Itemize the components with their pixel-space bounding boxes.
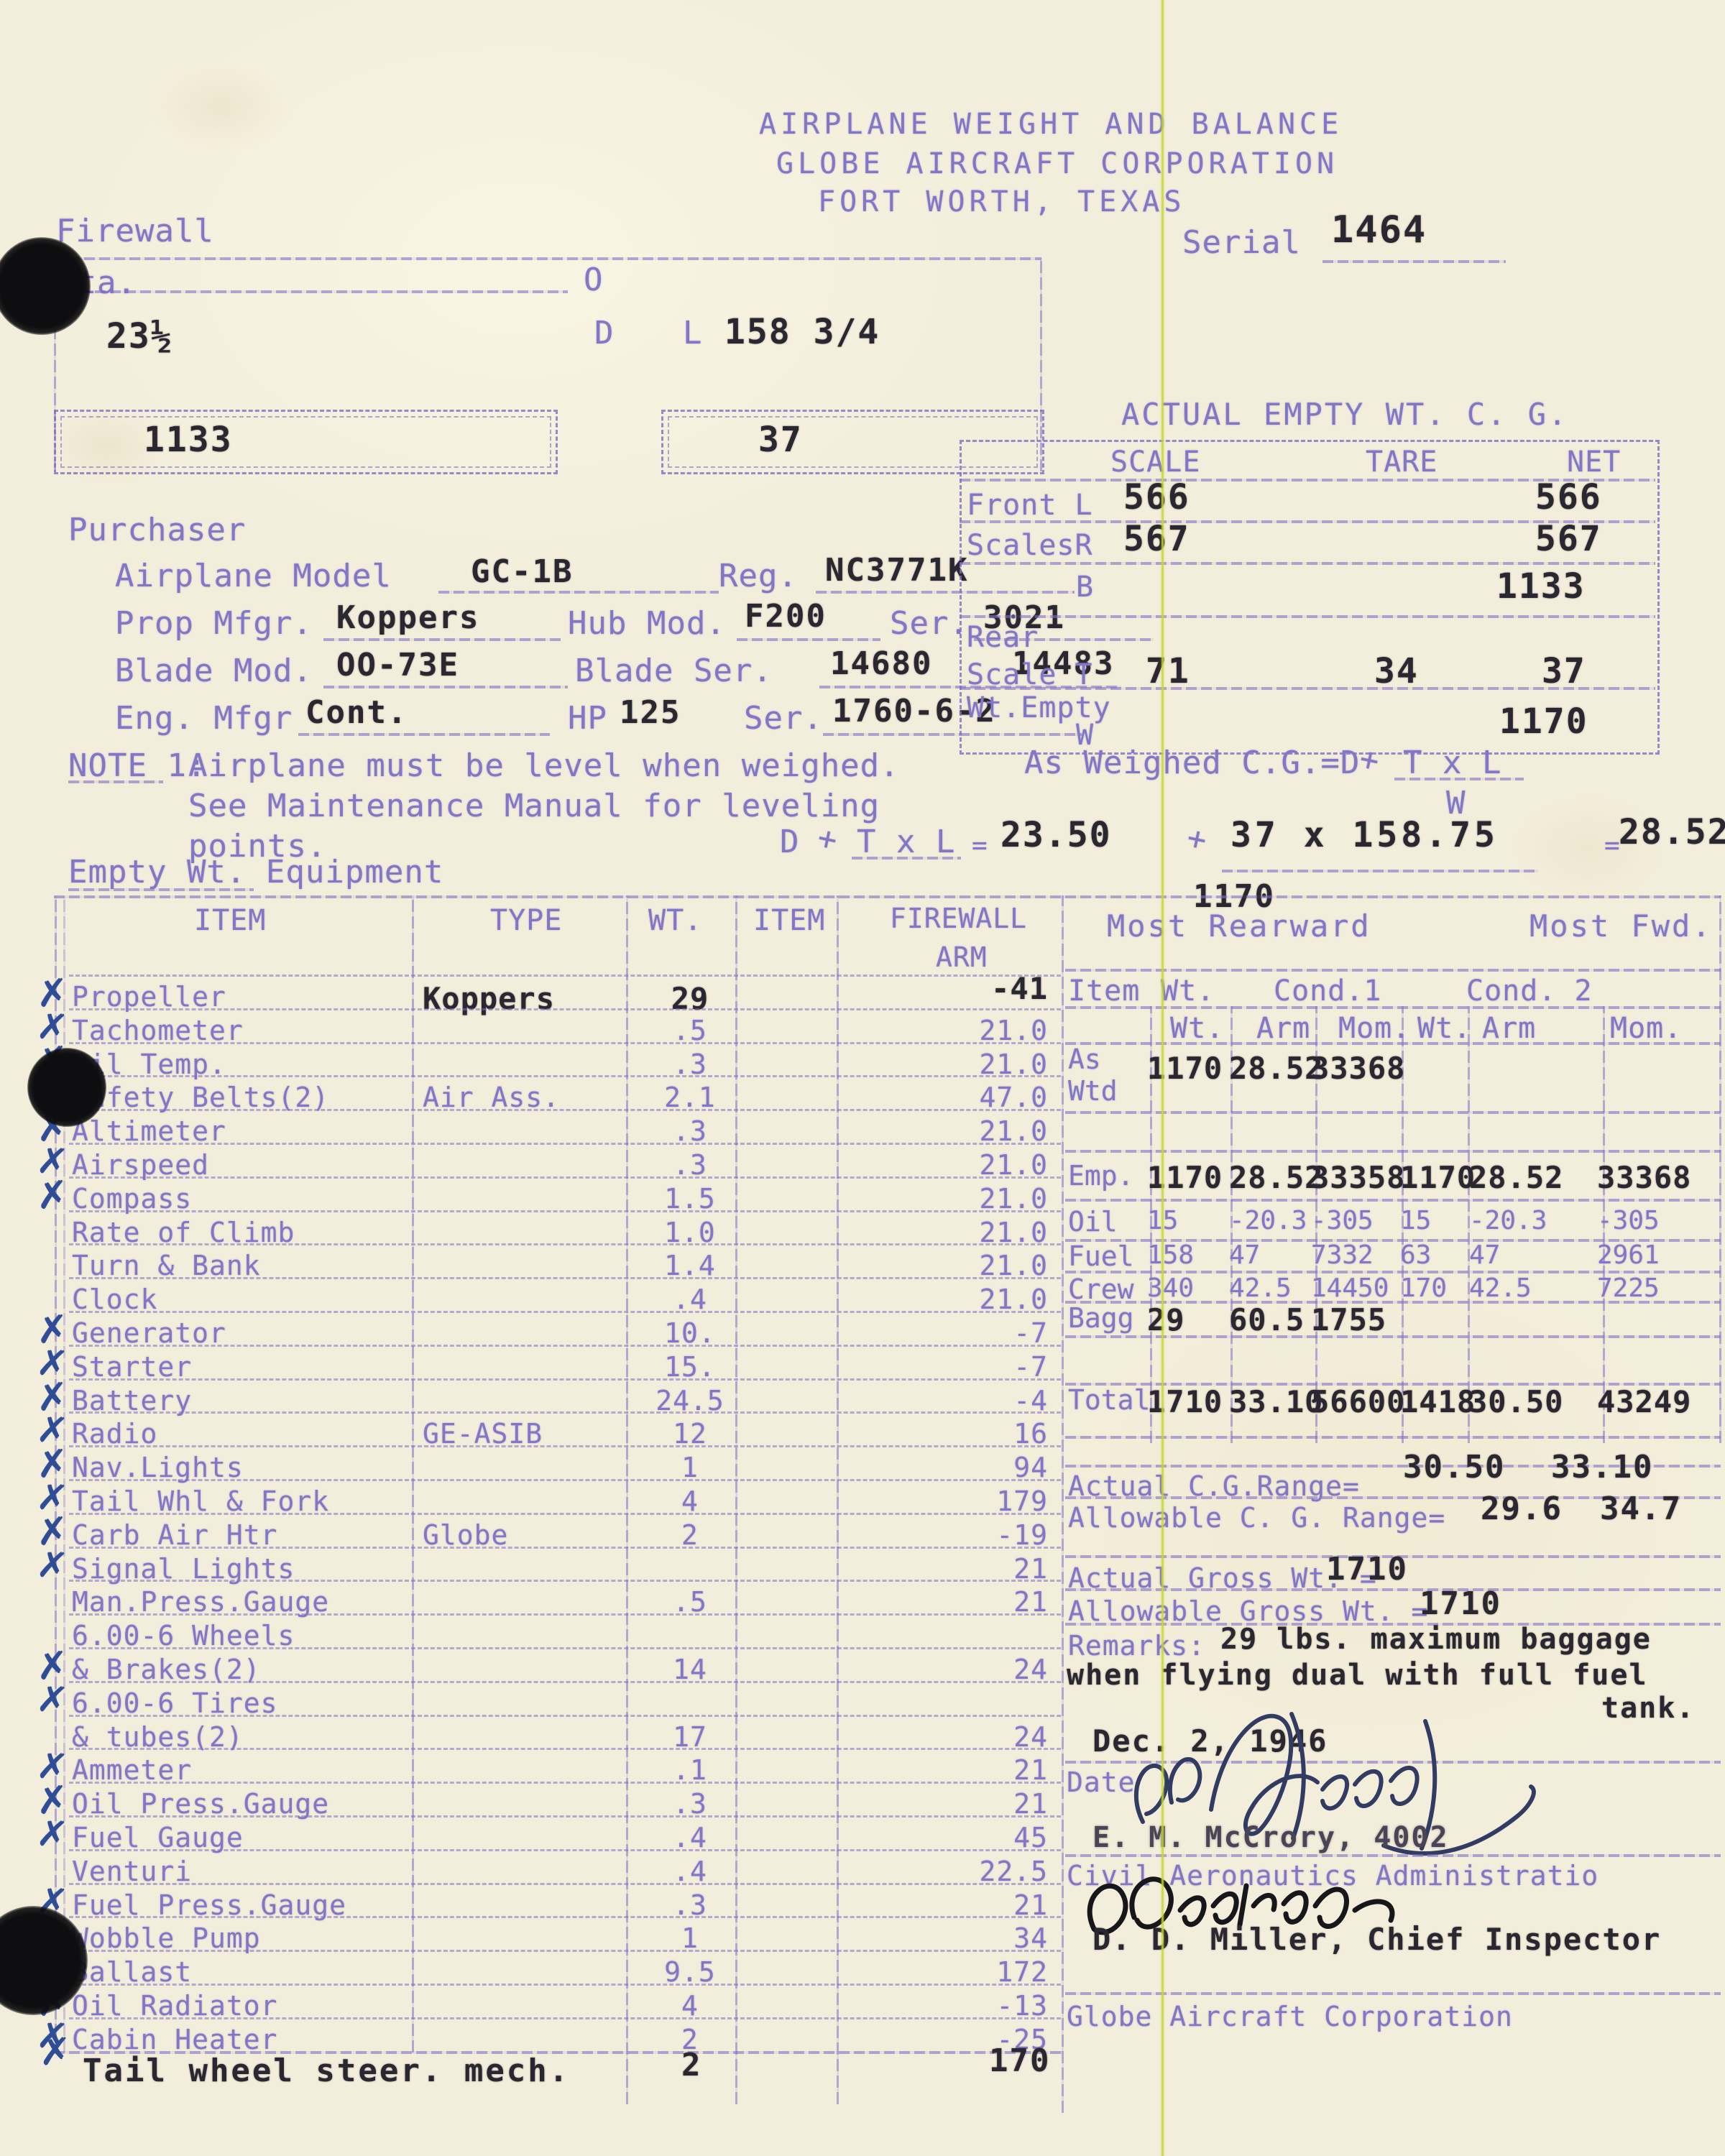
- rule: [68, 780, 163, 783]
- as-weighed-formula: As Weighed C.G.=D: [1024, 745, 1360, 781]
- cond1-arm: 28.52: [1229, 1051, 1323, 1086]
- front-scale-l-label: Front L: [967, 489, 1093, 522]
- rule: [298, 733, 550, 736]
- cond1-weight: 158: [1147, 1240, 1194, 1270]
- blade-mod-label: Blade Mod.: [115, 653, 313, 689]
- cond2-weight: 1170: [1400, 1160, 1476, 1195]
- scale-table-title: ACTUAL EMPTY WT. C. G.: [1121, 397, 1568, 432]
- hp-label: HP: [568, 700, 607, 737]
- equipment-row: ✗ Starter 15. -7: [69, 1345, 1061, 1381]
- equipment-row: ✗ Compass 1.5 21.0: [69, 1176, 1061, 1212]
- reg-value: NC3771K: [825, 552, 968, 589]
- calc-d-label: D: [780, 824, 800, 860]
- remarks-label: Remarks:: [1068, 1630, 1205, 1662]
- eq-col-arm: ARM: [936, 941, 988, 973]
- calc-plus2-icon: +: [1184, 819, 1211, 860]
- firewall-label: Firewall: [56, 213, 214, 249]
- rear-label: Rear: [967, 621, 1039, 654]
- equipment-row: Wobble Pump 1 34: [69, 1916, 1061, 1952]
- cond2-moment: 7225: [1597, 1273, 1660, 1303]
- formula-numerator: T x L: [1403, 745, 1501, 781]
- sta-value: O: [584, 262, 604, 298]
- summary-row-label: As Wtd: [1068, 1044, 1143, 1107]
- equipment-row: & tubes(2) 17 24: [69, 1715, 1061, 1751]
- cond2-arm: 42.5: [1469, 1273, 1532, 1303]
- cond2-moment: 33368: [1597, 1160, 1691, 1195]
- equipment-row: ✗ Signal Lights 21: [69, 1547, 1061, 1583]
- cond1-moment: -305: [1311, 1206, 1374, 1235]
- sub-h-mom2: Mom.: [1610, 1012, 1682, 1045]
- check-x-mark: ✗: [35, 1543, 70, 1588]
- cond2-arm: -20.3: [1469, 1206, 1547, 1235]
- front-scale-r-label: ScalesR: [967, 529, 1093, 562]
- sub-h-mom1: Mom.: [1338, 1012, 1410, 1045]
- check-x-mark: ✗: [35, 1677, 70, 1722]
- equipment-row: ✗ Propeller Koppers 29 -41: [69, 975, 1061, 1010]
- cond1-weight: 1710: [1147, 1384, 1223, 1419]
- reg-label: Reg.: [719, 558, 798, 594]
- inspector1-name: E. M. McCrory, 4002: [1092, 1821, 1449, 1854]
- rear-scale-value: 71: [1146, 651, 1190, 691]
- sub-h-wt2: Wt.: [1417, 1012, 1471, 1045]
- prop-mfgr-value: Koppers: [336, 599, 479, 636]
- calc-eq1: =: [972, 831, 988, 860]
- remarks-line1: 29 lbs. maximum baggage: [1220, 1623, 1652, 1656]
- company-name: Globe Aircraft Corporation: [1067, 2001, 1513, 2032]
- prop-mfgr-label: Prop Mfgr.: [115, 605, 313, 642]
- hub-mod-value: F200: [745, 598, 827, 635]
- front-weight-box: [54, 410, 558, 474]
- note-line2: See Maintenance Manual for leveling: [188, 788, 880, 824]
- rear-weight-value: 37: [758, 420, 803, 460]
- cond2-weight: 1418: [1400, 1384, 1476, 1419]
- dim-l-label: L: [683, 315, 703, 351]
- actual-gross-value: 1710: [1326, 1551, 1408, 1588]
- allowable-cg-range-label: Allowable C. G. Range=: [1068, 1502, 1445, 1534]
- actual-cg-range-2: 33.10: [1551, 1449, 1653, 1485]
- equipment-row: ✗ Carb Air Htr Globe 2 -19: [69, 1513, 1061, 1549]
- purchaser-label: Purchaser: [68, 512, 246, 548]
- summary-row-label: Total: [1068, 1384, 1143, 1416]
- cond1-arm: 60.5: [1229, 1302, 1305, 1337]
- equipment-row: Safety Belts(2) Air Ass. 2.1 47.0: [69, 1075, 1061, 1111]
- calc-plus-icon: +: [814, 819, 842, 860]
- table-top-rule: [54, 895, 1721, 898]
- eng-ser-label: Ser.: [744, 700, 823, 737]
- front-l-net-value: 566: [1535, 477, 1602, 517]
- blade-ser-value-1: 14680: [830, 645, 932, 682]
- check-x-mark: ✗: [33, 1172, 73, 1217]
- equipment-row: 6.00-6 Wheels: [69, 1613, 1061, 1649]
- tail-wheel-arm: 170: [989, 2042, 1050, 2079]
- note-label: NOTE 1:: [68, 747, 206, 784]
- rule: [1222, 870, 1538, 872]
- rear-net-value: 37: [1542, 651, 1586, 691]
- rule: [1394, 778, 1524, 780]
- net-col-header: NET: [1567, 446, 1621, 479]
- rule: [737, 638, 880, 641]
- cond1-arm: 28.52: [1229, 1160, 1323, 1195]
- cond1-arm: 42.5: [1229, 1273, 1292, 1303]
- equipment-row: ✗ Oil Radiator 4 -13: [69, 1984, 1061, 2019]
- serial-underline: [1322, 260, 1506, 263]
- equipment-row: Man.Press.Gauge .5 21: [69, 1580, 1061, 1616]
- punch-hole: [0, 237, 91, 335]
- scanned-form-page: AIRPLANE WEIGHT AND BALANCE GLOBE AIRCRA…: [0, 0, 1725, 2156]
- cond1-moment: 1755: [1311, 1302, 1386, 1337]
- dim-d-label: D: [594, 315, 615, 351]
- front-total-net-value: 1133: [1496, 566, 1586, 607]
- sum-h-cond1: Cond.1: [1274, 975, 1382, 1008]
- equipment-row: ✗ 6.00-6 Tires: [69, 1681, 1061, 1717]
- grid-line: [1719, 895, 1721, 1443]
- cond1-moment: 14450: [1311, 1273, 1389, 1303]
- cond1-arm: -20.3: [1229, 1206, 1307, 1235]
- cond1-weight: 1170: [1147, 1051, 1223, 1086]
- equipment-row: Turn & Bank 1.4 21.0: [69, 1243, 1061, 1279]
- equipment-row: ✗ Cabin Heater 2 -25: [69, 2017, 1061, 2053]
- eq-col-item2: ITEM: [753, 904, 825, 937]
- equipment-row: ✗ Tail Whl & Fork 4 179: [69, 1479, 1061, 1515]
- cond2-moment: 2961: [1597, 1240, 1660, 1270]
- cond1-arm: 33.10: [1229, 1384, 1323, 1419]
- rear-tare-value: 34: [1374, 651, 1419, 691]
- equipment-row: ✗ Altimeter .3 21.0: [69, 1109, 1061, 1145]
- serial-value: 1464: [1331, 208, 1427, 252]
- summary-row-label: Oil: [1068, 1206, 1143, 1238]
- cond2-moment: -305: [1597, 1206, 1660, 1235]
- blade-mod-value: OO-73E: [336, 647, 459, 683]
- eng-mfgr-value: Cont.: [305, 694, 408, 731]
- equipment-row: Rate of Climb 1.0 21.0: [69, 1210, 1061, 1246]
- allowable-cg-range-2: 34.7: [1600, 1491, 1682, 1527]
- eq-col-type: TYPE: [490, 904, 562, 937]
- eq-col-firewall: FIREWALL: [890, 903, 1027, 934]
- allowable-gross-value: 1710: [1420, 1585, 1501, 1622]
- scale-col-header: SCALE: [1110, 446, 1200, 479]
- equipment-row: ✗ Fuel Gauge .4 45: [69, 1815, 1061, 1851]
- equipment-row: ✗ Fuel Press.Gauge .3 21: [69, 1883, 1061, 1919]
- equipment-row: ✗ Ammeter .1 21: [69, 1748, 1061, 1784]
- main-wheel-arm-value: 23½: [106, 316, 173, 356]
- rule: [852, 857, 961, 860]
- rule: [68, 888, 254, 891]
- sub-h-arm2: Arm: [1482, 1012, 1536, 1045]
- cond1-moment: 56600: [1311, 1384, 1405, 1419]
- equipment-row: ✗ Radio GE-ASIB 12 16: [69, 1411, 1061, 1447]
- dim-l-value: 158 3/4: [724, 312, 880, 352]
- sum-h-cond2: Cond. 2: [1466, 975, 1593, 1008]
- rule: [960, 562, 1655, 565]
- equipment-item-arm: -41: [824, 971, 1048, 1006]
- cond1-weight: 1170: [1147, 1160, 1223, 1195]
- scan-artifact-line: [1161, 0, 1164, 2156]
- cond2-arm: 47: [1469, 1240, 1500, 1270]
- rule: [438, 591, 719, 594]
- hp-value: 125: [620, 694, 681, 731]
- check-x-mark: ✗: [35, 1812, 70, 1856]
- cond2-weight: 170: [1400, 1273, 1447, 1303]
- eng-mfgr-label: Eng. Mfgr: [115, 700, 293, 737]
- eq-col-wt: WT.: [648, 904, 702, 937]
- cond1-weight: 29: [1147, 1302, 1185, 1337]
- equipment-row: ✗ Generator 10. -7: [69, 1311, 1061, 1347]
- rule: [323, 638, 561, 641]
- form-title-line3: FORT WORTH, TEXAS: [818, 185, 1185, 218]
- punch-hole: [27, 1048, 106, 1127]
- front-scale-b-label: B: [1076, 571, 1094, 604]
- sum-h-item: Item: [1068, 975, 1140, 1008]
- cond1-moment: 33358: [1311, 1160, 1405, 1195]
- allowable-cg-range-1: 29.6: [1481, 1491, 1563, 1527]
- rule: [960, 615, 1655, 618]
- equipment-row: ✗ Tachometer .5 21.0: [69, 1008, 1061, 1044]
- diagram-top-rule: [54, 257, 1041, 260]
- hub-ser-label: Ser.: [890, 605, 969, 642]
- front-weight-value: 1133: [144, 420, 233, 460]
- most-fwd-header: Most Fwd.: [1529, 908, 1713, 944]
- calc-result-value: 28.52: [1619, 812, 1725, 852]
- equipment-row: ✗ & Brakes(2) 14 24: [69, 1647, 1061, 1683]
- grid-line: [1062, 895, 1064, 2113]
- equipment-row: ✗ Airspeed .3 21.0: [69, 1143, 1061, 1179]
- airplane-model-label: Airplane Model: [115, 558, 392, 594]
- cond1-arm: 47: [1229, 1240, 1260, 1270]
- form-title-line2: GLOBE AIRCRAFT CORPORATION: [776, 147, 1338, 180]
- calc-numerator: T x L: [857, 824, 955, 860]
- hub-mod-label: Hub Mod.: [568, 605, 726, 642]
- cond2-moment: 43249: [1597, 1384, 1691, 1419]
- front-l-scale-value: 566: [1123, 477, 1190, 517]
- cond1-moment: 7332: [1311, 1240, 1374, 1270]
- equipment-row: Clock .4 21.0: [69, 1277, 1061, 1313]
- cond2-weight: 63: [1400, 1240, 1431, 1270]
- sum-h-wt: Wt.: [1161, 975, 1215, 1008]
- inspector2-name: D. D. Miller, Chief Inspector: [1092, 1922, 1661, 1957]
- tail-wheel-weight: 2: [681, 2047, 702, 2083]
- front-r-scale-value: 567: [1123, 519, 1190, 559]
- rule: [323, 686, 568, 688]
- sub-h-wt1: Wt.: [1170, 1012, 1224, 1045]
- summary-row-label: Emp.: [1068, 1160, 1143, 1192]
- cond2-weight: 15: [1400, 1206, 1431, 1235]
- form-title-line1: AIRPLANE WEIGHT AND BALANCE: [759, 108, 1343, 141]
- equipment-row: ✗ Battery 24.5 -4: [69, 1378, 1061, 1414]
- most-rearward-header: Most Rearward: [1107, 908, 1371, 944]
- equipment-row: ✗ Ballast 9.5 172: [69, 1950, 1061, 1986]
- summary-row-label: Bagg: [1068, 1302, 1143, 1334]
- equipment-section-label: Empty Wt. Equipment: [68, 854, 443, 890]
- tail-wheel-item-name: Tail wheel steer. mech.: [83, 2053, 570, 2089]
- serial-label: Serial: [1182, 224, 1301, 261]
- eq-col-item: ITEM: [194, 904, 266, 937]
- airplane-model-value: GC-1B: [471, 553, 573, 590]
- wt-empty-value: 1170: [1499, 701, 1588, 742]
- equipment-row: Venturi .4 22.5: [69, 1849, 1061, 1885]
- cond1-weight: 340: [1147, 1273, 1194, 1303]
- check-x-mark: ✗: [36, 2030, 74, 2074]
- calc-d-value: 23.50: [1000, 815, 1112, 855]
- calc-txl-value: 37 x 158.75: [1230, 815, 1499, 855]
- tare-col-header: TARE: [1366, 446, 1437, 479]
- front-r-net-value: 567: [1535, 519, 1602, 559]
- summary-row-label: Crew: [1068, 1273, 1143, 1305]
- remarks-line3: tank.: [1601, 1692, 1695, 1725]
- note-line1: Airplane must be level when weighed.: [188, 747, 900, 784]
- actual-cg-range-1: 30.50: [1403, 1449, 1505, 1485]
- sta-underline: [65, 290, 568, 293]
- cond2-arm: 30.50: [1469, 1384, 1563, 1419]
- sub-h-arm1: Arm: [1256, 1012, 1310, 1045]
- summary-row-label: Fuel: [1068, 1240, 1143, 1272]
- equipment-row: ✗ Oil Press.Gauge .3 21: [69, 1782, 1061, 1818]
- blade-ser-label: Blade Ser.: [575, 653, 773, 689]
- equipment-row: ✗ Nav.Lights 1 94: [69, 1445, 1061, 1481]
- equipment-row: ✗ Oil Temp. .3 21.0: [69, 1042, 1061, 1078]
- cond2-arm: 28.52: [1469, 1160, 1563, 1195]
- cond1-moment: 33368: [1311, 1051, 1405, 1086]
- rule: [960, 687, 1655, 690]
